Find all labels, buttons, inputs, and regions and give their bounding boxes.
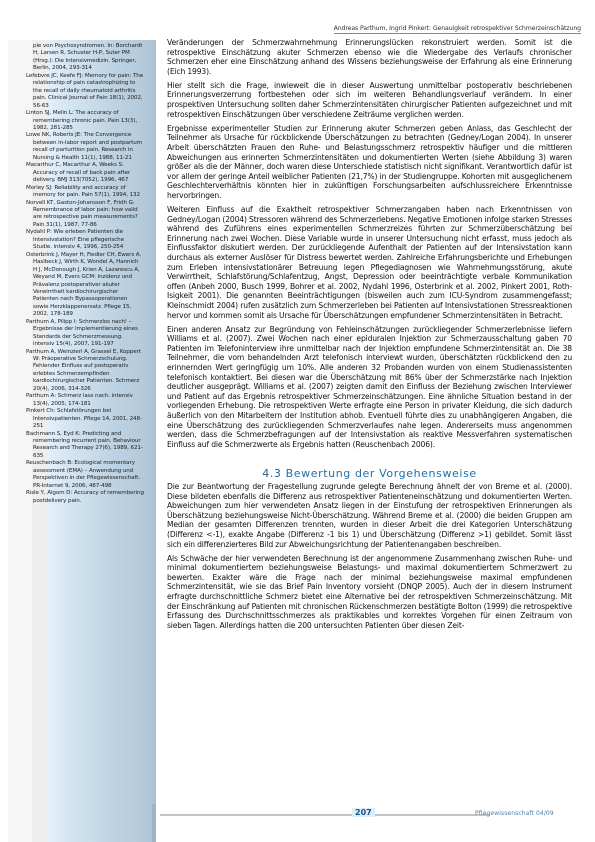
running-header: Andreas Parthum, Ingrid Pinkert: Genauig…	[334, 25, 581, 34]
reference-item: Parthum A, Pilipp I: Schmerzlos nach! – …	[26, 319, 144, 349]
main-text-column: Veränderungen der Schmerzwahrnehmung Eri…	[167, 38, 572, 635]
body-paragraph: Veränderungen der Schmerzwahrnehmung Eri…	[167, 38, 572, 76]
reference-item: Parthum A, Weinzierl A, Grassel E, Koppe…	[26, 349, 144, 394]
body-paragraph: Weiteren Einfluss auf die Exaktheit retr…	[167, 205, 572, 320]
page-number: 207	[352, 808, 375, 817]
reference-item: Macarthur C, Macarthur A, Weeks S: Accur…	[26, 162, 144, 184]
reference-item: Lowe NK, Roberts JE: The Convergence bet…	[26, 132, 144, 162]
reference-item: Nydahl P: Wie erleben Patienten die Inte…	[26, 229, 144, 251]
reference-item: Pinkert Ch: Schlafstörungen bei Intensiv…	[26, 408, 144, 430]
reference-item: Morley SJ: Reliability and accuracy of m…	[26, 185, 144, 200]
reference-item: Risle Y, Algom D: Accuracy of rememberin…	[26, 490, 144, 505]
section-title: Bewertung der Vorgehensweise	[286, 467, 477, 480]
footer-edge-marker	[152, 804, 156, 842]
reference-item: Bachmann S, Eyd K: Predicting and rememb…	[26, 431, 144, 461]
section-heading: 4.3 Bewertung der Vorgehensweise	[167, 469, 572, 479]
section-number: 4.3	[262, 467, 281, 480]
footer-rule	[160, 814, 490, 816]
body-paragraph: Als Schwäche der hier verwendeten Berech…	[167, 554, 572, 631]
body-paragraph: Hier stellt sich die Frage, inwieweit di…	[167, 81, 572, 119]
reference-list: pie von Psychosyndromen. In: Borchardt H…	[26, 43, 144, 505]
journal-name: Pflegewissenschaft 04/09	[475, 810, 554, 817]
reference-item: Lefebvre JC, Keefe FJ: Memory for pain: …	[26, 73, 144, 110]
reference-item: Norvell KT, Gaston-Johansson F, Fridh G:…	[26, 200, 144, 230]
reference-item: Linton SJ, Melin L: The accuracy of reme…	[26, 110, 144, 132]
body-paragraph: Einen anderen Ansatz zur Begründung von …	[167, 325, 572, 450]
reference-item: pie von Psychosyndromen. In: Borchardt H…	[26, 43, 144, 73]
body-paragraph: Die zur Beantwortung der Fragestellung z…	[167, 482, 572, 549]
reference-item: Osterbrink J, Mayer H, Fiedler CH, Ewers…	[26, 252, 144, 319]
reference-item: Parthum A: Schmerz lass nach. intensiv 1…	[26, 393, 144, 408]
body-paragraph: Ergebnisse experimenteller Studien zur E…	[167, 124, 572, 201]
reference-item: Reuschenbach B: Ecological momentary ass…	[26, 460, 144, 490]
